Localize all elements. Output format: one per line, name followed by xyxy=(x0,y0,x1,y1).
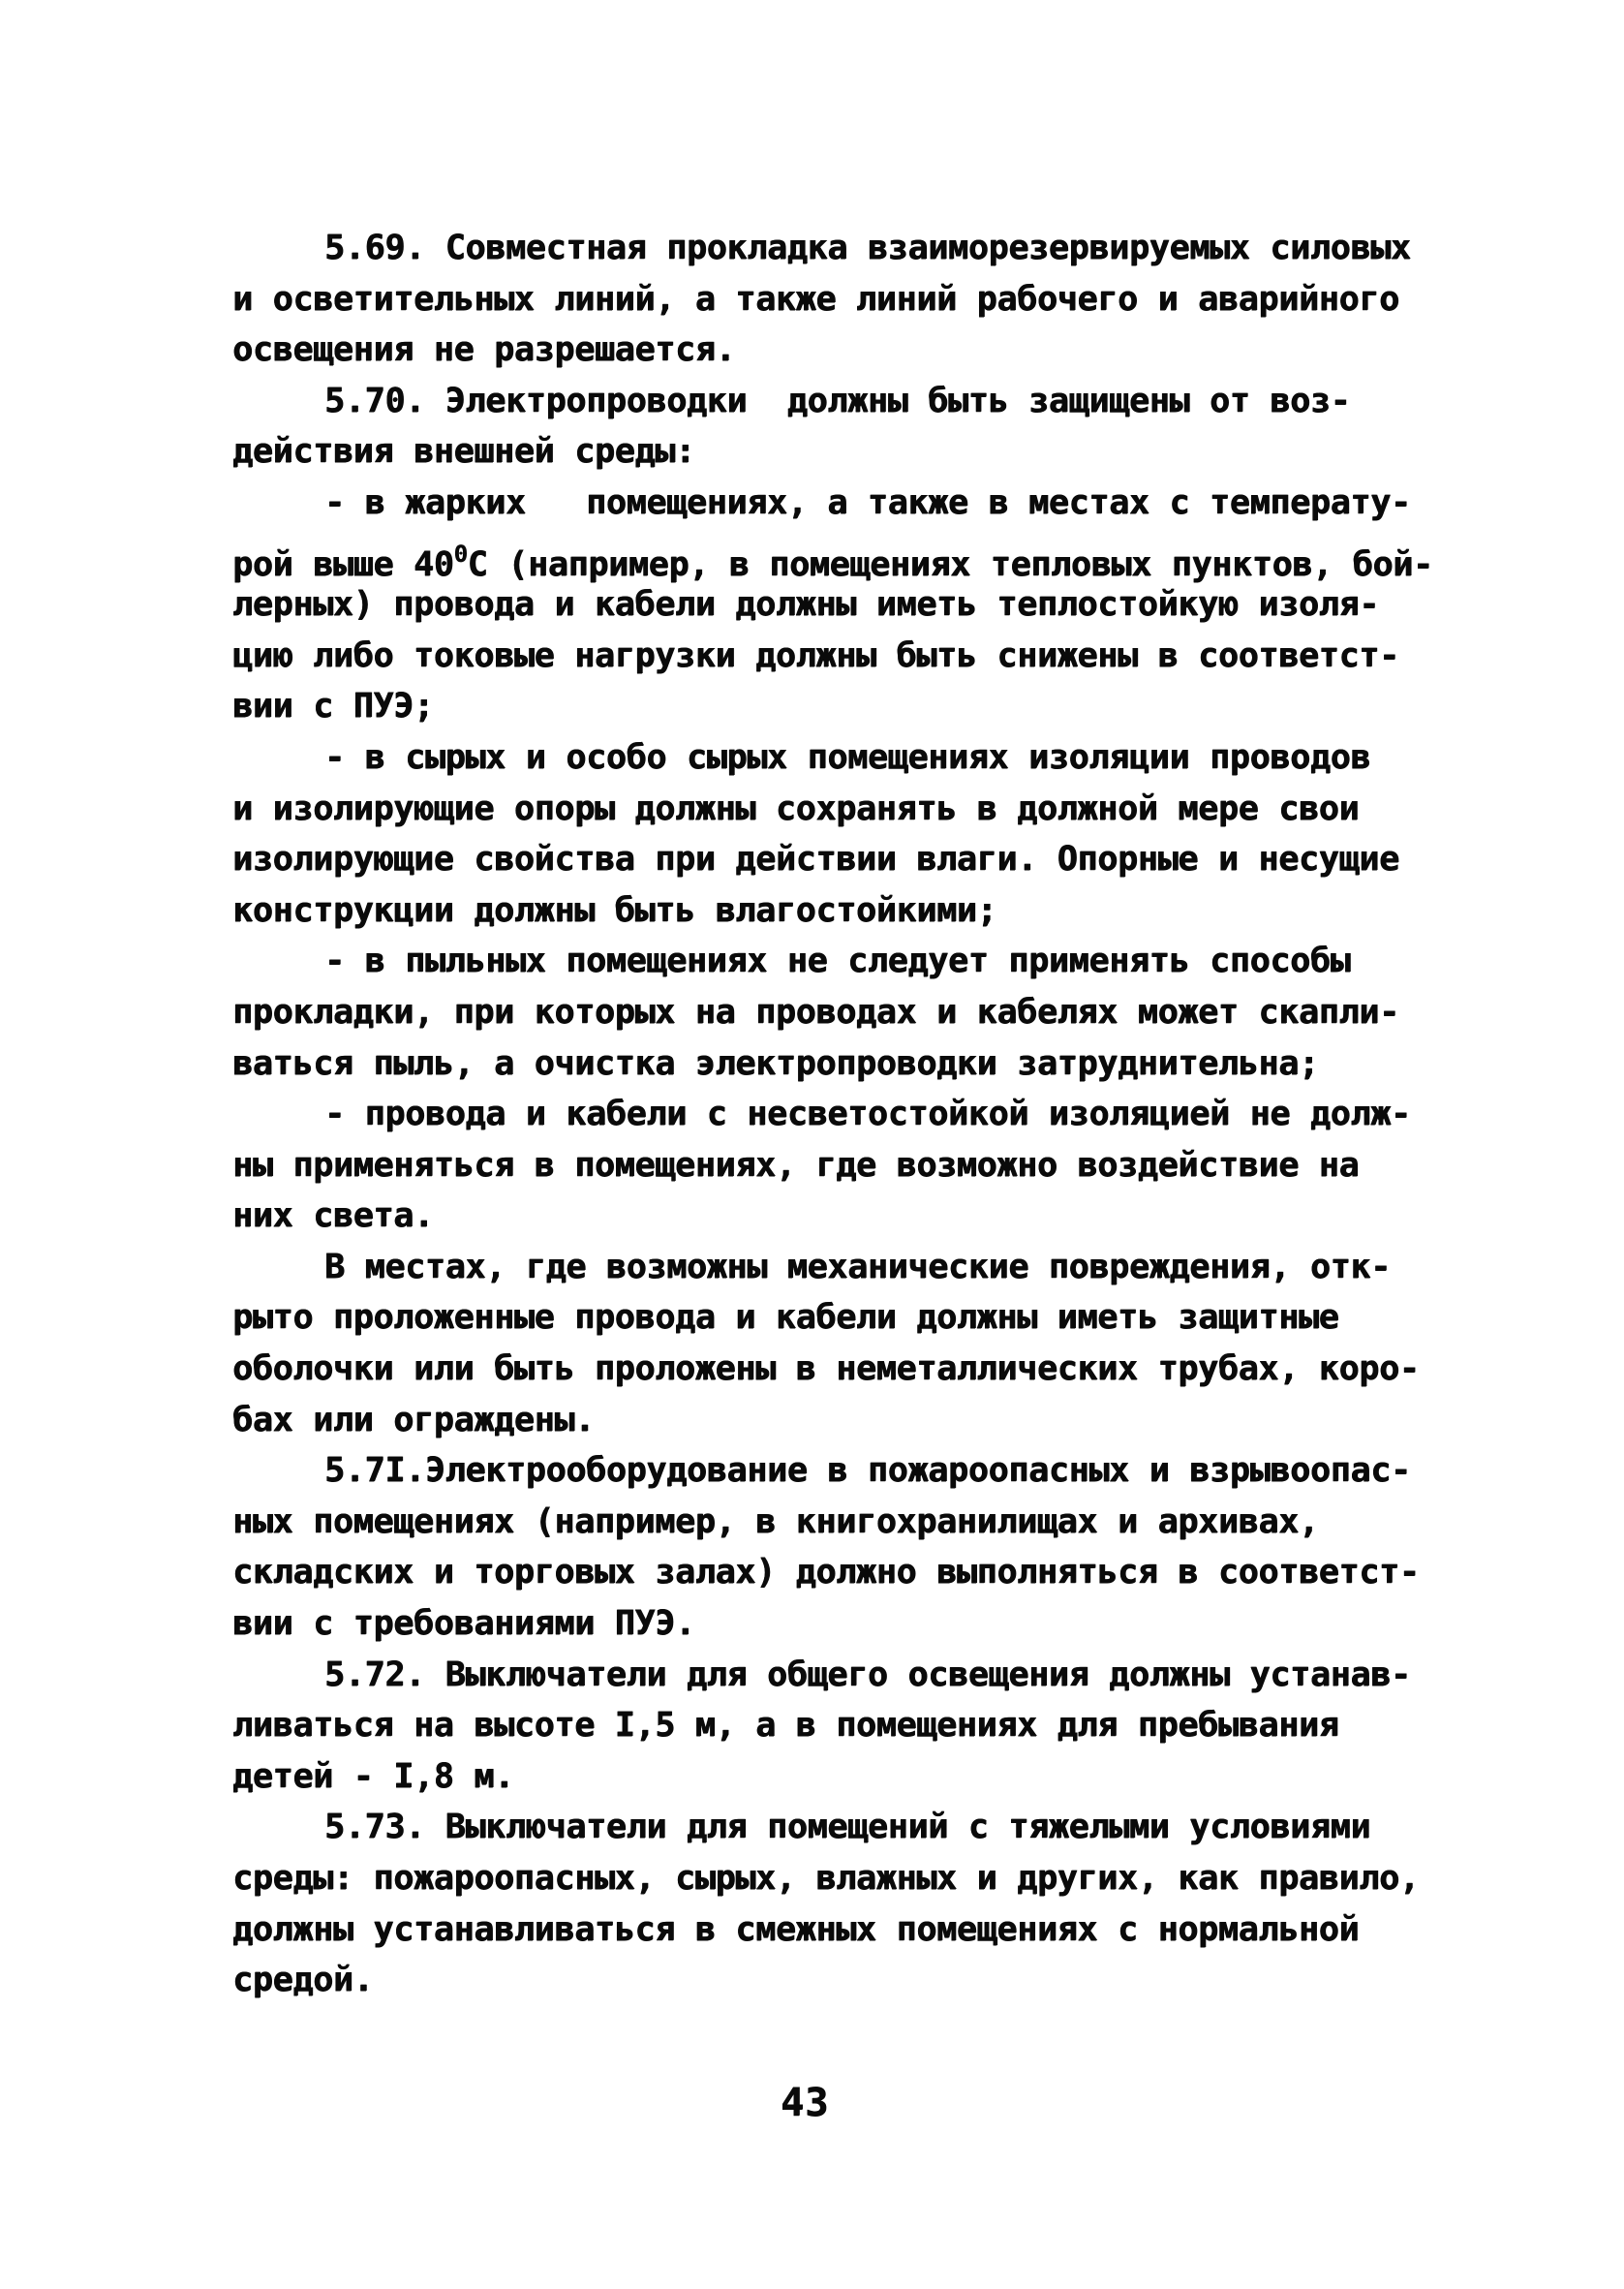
text-line: ны применяться в помещениях, где возможн… xyxy=(232,1140,1472,1191)
text-line: лерных) провода и кабели должны иметь те… xyxy=(232,579,1472,631)
text-line: действия внешней среды: xyxy=(232,426,1472,478)
text-line: прокладки, при которых на проводах и каб… xyxy=(232,987,1472,1038)
document-text-block: 5.69. Совместная прокладка взаиморезерви… xyxy=(232,223,1472,2006)
text-line: складских и торговых залах) должно выпол… xyxy=(232,1547,1472,1598)
text-line: 5.72. Выключатели для общего освещения д… xyxy=(232,1650,1472,1701)
text-line: 5.69. Совместная прокладка взаиморезерви… xyxy=(232,223,1472,274)
text-line: изолирующие свойства при действии влаги.… xyxy=(232,834,1472,885)
scanned-page: 5.69. Совместная прокладка взаиморезерви… xyxy=(0,0,1624,2289)
text-line: - провода и кабели с несветостойкой изол… xyxy=(232,1089,1472,1140)
text-line: ливаться на высоте I,5 м, а в помещениях… xyxy=(232,1700,1472,1751)
text-line: - в пыльных помещениях не следует примен… xyxy=(232,936,1472,987)
text-line: - в сырых и особо сырых помещениях изоля… xyxy=(232,732,1472,784)
text-line: вии с требованиями ПУЭ. xyxy=(232,1598,1472,1650)
text-segment: рой выше 40 xyxy=(232,545,454,584)
text-line: бах или ограждены. xyxy=(232,1395,1472,1446)
text-line: и изолирующие опоры должны сохранять в д… xyxy=(232,784,1472,835)
text-line: оболочки или быть проложены в неметаллич… xyxy=(232,1344,1472,1395)
text-line: освещения не разрешается. xyxy=(232,325,1472,376)
text-line: цию либо токовые нагрузки должны быть сн… xyxy=(232,631,1472,682)
text-line: должны устанавливаться в смежных помещен… xyxy=(232,1904,1472,1956)
text-line: конструкции должны быть влагостойкими; xyxy=(232,885,1472,937)
text-line: и осветительных линий, а также линий раб… xyxy=(232,274,1472,325)
page-number: 43 xyxy=(781,2081,829,2125)
text-line: ных помещениях (например, в книгохранили… xyxy=(232,1497,1472,1548)
text-line: 5.70. Электропроводки должны быть защище… xyxy=(232,376,1472,427)
text-line: рыто проложенные провода и кабели должны… xyxy=(232,1292,1472,1344)
text-line: среды: пожароопасных, сырых, влажных и д… xyxy=(232,1853,1472,1904)
text-line: 5.7I.Электрооборудование в пожароопасных… xyxy=(232,1445,1472,1497)
text-line: средой. xyxy=(232,1955,1472,2006)
text-line: детей - I,8 м. xyxy=(232,1751,1472,1803)
text-line: В местах, где возможны механические повр… xyxy=(232,1242,1472,1293)
text-line: 5.73. Выключатели для помещений с тяжелы… xyxy=(232,1802,1472,1853)
text-line: вии с ПУЭ; xyxy=(232,681,1472,732)
text-segment: С (например, в помещениях тепловых пункт… xyxy=(468,545,1433,584)
text-line: ваться пыль, а очистка электропроводки з… xyxy=(232,1038,1472,1090)
text-line: них света. xyxy=(232,1191,1472,1242)
text-line: - в жарких помещениях, а также в местах … xyxy=(232,478,1472,529)
superscript-degree: 0 xyxy=(454,541,468,568)
text-line-with-superscript: рой выше 400С (например, в помещениях те… xyxy=(232,529,1472,580)
